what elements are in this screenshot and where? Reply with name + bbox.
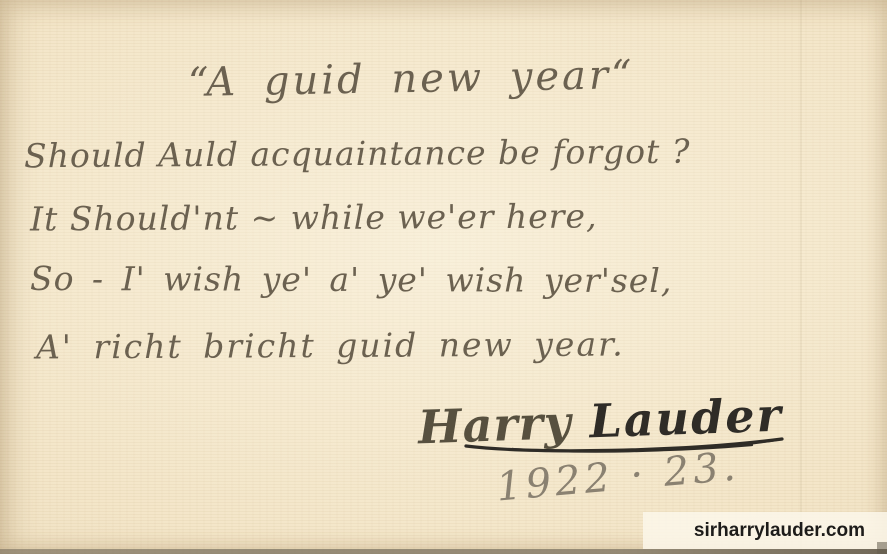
paper-crease: [800, 0, 802, 554]
scan-bottom-edge: [0, 549, 887, 554]
watermark-text: sirharrylauder.com: [694, 520, 865, 542]
note-title-line: “A guid new year“: [188, 52, 635, 106]
handwritten-note-card: “A guid new year“ Should Auld acquaintan…: [0, 0, 887, 554]
scan-corner-shade: [877, 542, 887, 554]
signature-last-name: Lauder: [589, 388, 784, 449]
watermark-strip: sirharrylauder.com: [643, 512, 887, 549]
note-line-4: A' richt bricht guid new year.: [36, 324, 625, 366]
date: 1922 · 23.: [494, 443, 741, 510]
signature-first-name: Harry: [417, 395, 572, 454]
note-line-1: Should Auld acquaintance be forgot ?: [24, 132, 691, 176]
note-line-3: So - I' wish ye' a' ye' wish yer'sel,: [30, 259, 673, 300]
note-line-2: It Should'nt ~ while we'er here,: [30, 197, 598, 239]
